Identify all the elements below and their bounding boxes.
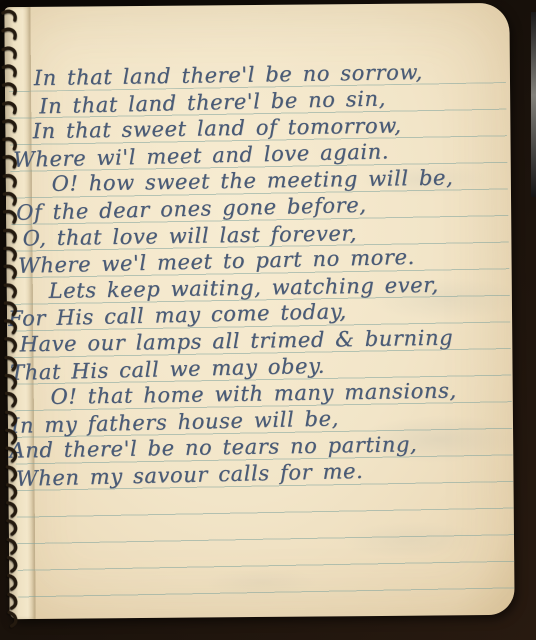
poem-line: When my savour calls for me. <box>16 458 364 492</box>
spiral-coil-icon <box>0 608 24 634</box>
spiral-coil-icon <box>1 25 21 46</box>
cover-edge-highlight <box>531 12 536 197</box>
spiral-coil-icon <box>2 136 21 156</box>
spiral-coil-icon <box>1 44 21 64</box>
notebook-photo: In that land there'l be no sorrow,In tha… <box>0 0 536 640</box>
spiral-coil-icon <box>1 154 20 174</box>
poem-line: O! that home with many mansions, <box>50 378 457 410</box>
spiral-coil-icon <box>2 99 20 118</box>
spiral-coil-icon <box>2 81 21 101</box>
poem-line: O! how sweet the meeting will be, <box>51 165 453 197</box>
spiral-coil-icon <box>2 118 20 137</box>
notebook-page: In that land there'l be no sorrow,In tha… <box>4 3 514 619</box>
poem-line: Lets keep waiting, watching ever, <box>48 272 439 304</box>
spiral-coil-icon <box>1 62 20 82</box>
poem-line: Have our lamps all trimed & burning <box>19 325 453 358</box>
ruled-sheet: In that land there'l be no sorrow,In tha… <box>4 3 514 619</box>
spiral-binding <box>0 0 32 640</box>
handwritten-poem: In that land there'l be no sorrow,In tha… <box>4 3 514 619</box>
